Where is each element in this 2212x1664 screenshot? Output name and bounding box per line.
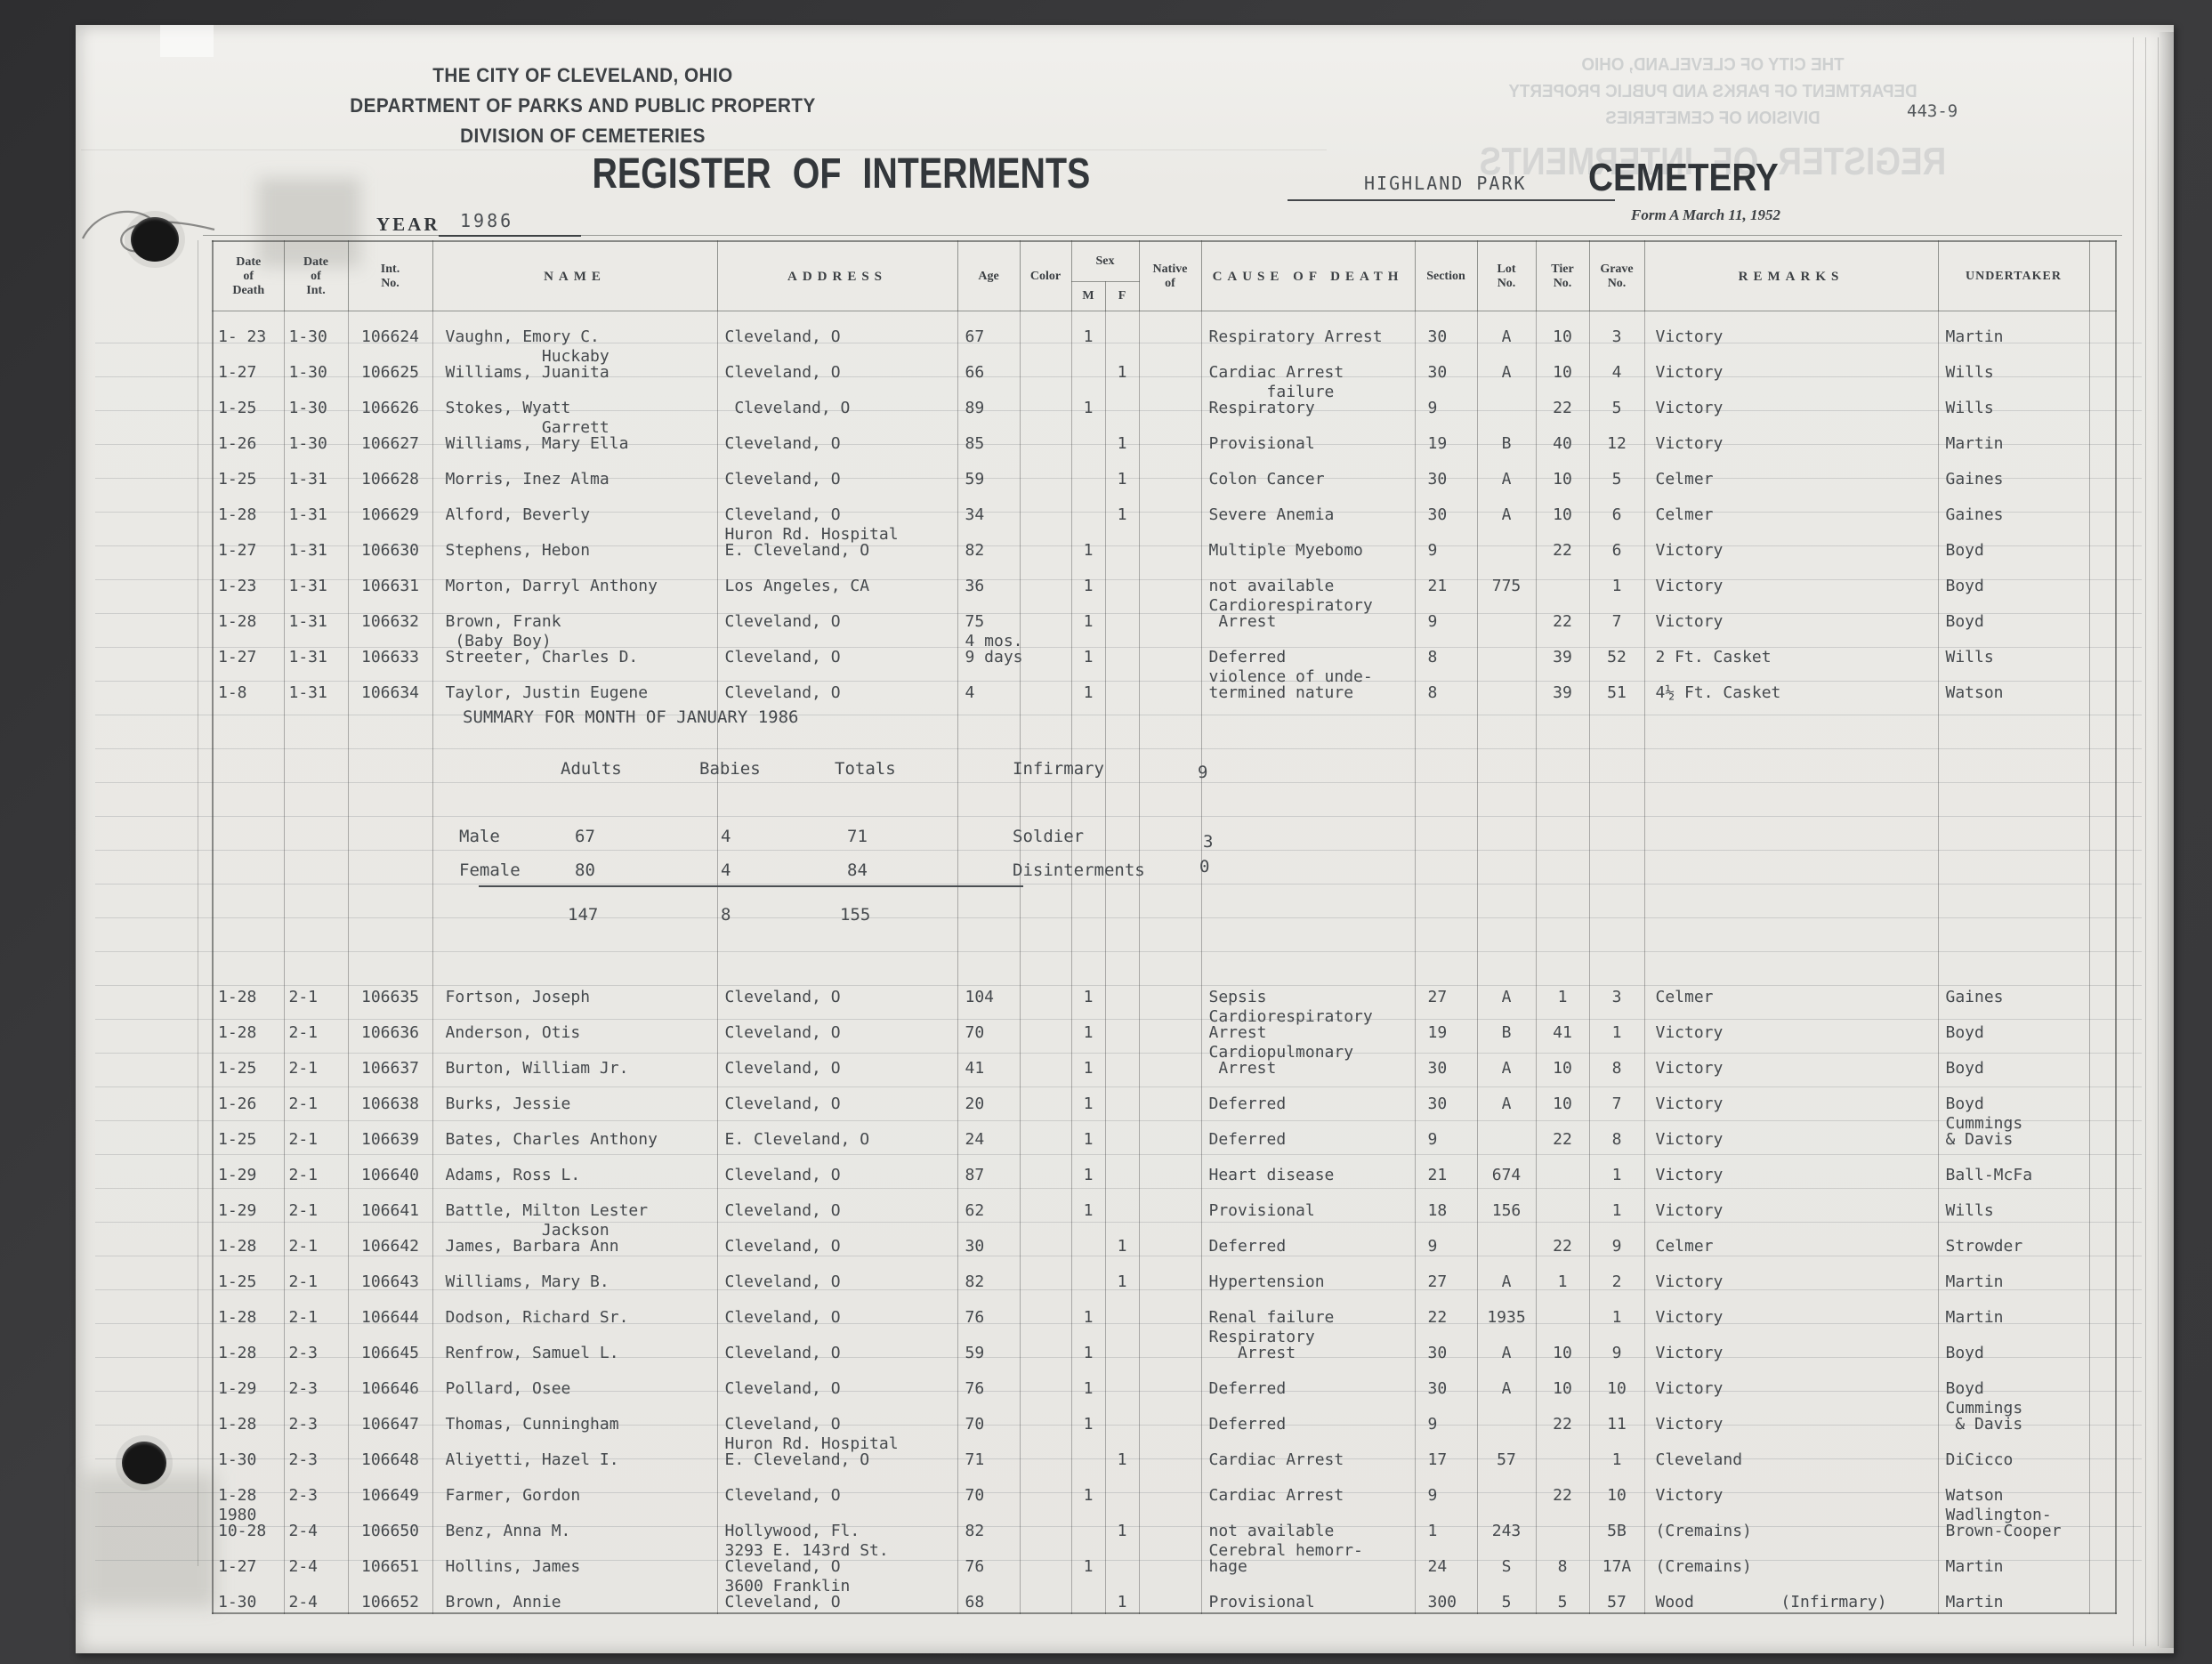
cell-dod: 1-30 [213,1577,284,1613]
cell-addr: 3293 E. 143rd St. Cleveland, O [717,1541,957,1577]
stacked-page-edge [2133,37,2134,1646]
cell-cause: Sepsis [1201,972,1415,1007]
cell-tier [1536,1434,1589,1470]
cell-edge [2089,1292,2116,1328]
cell-addr: Hollywood, Fl. [717,1506,957,1541]
cell-cause: Cardiorespiratory Arrest [1201,1007,1415,1043]
cell-edge [2089,1150,2116,1185]
cell-native [1139,383,1201,418]
stacked-page-edge [2145,37,2146,1646]
cell-f [1105,667,1139,703]
summary-spacer-cell [348,703,432,972]
cell-f [1105,383,1139,418]
cell-color [1020,1399,1071,1434]
cell-dod: 1-28 [213,972,284,1007]
table-row: 1-282-1106635Fortson, JosephCleveland, O… [213,972,2116,1007]
cell-age: 62 [957,1185,1020,1221]
year-label: YEAR [376,214,440,236]
cell-und: Cummings & Davis [1938,1399,2089,1434]
cell-edge [2089,1470,2116,1506]
summary-spacer-cell [1201,703,1415,972]
cell-und: Boyd [1938,1007,2089,1043]
cell-dod: 1-28 [213,1328,284,1363]
cell-rem: Victory [1644,1078,1938,1114]
cell-f [1105,525,1139,561]
cell-name: Brown, Frank [432,596,717,632]
cell-m: 1 [1071,1328,1105,1363]
cell-und: Cummings & Davis [1938,1114,2089,1150]
cell-age: 4 [957,667,1020,703]
table-row: 1-252-1106639Bates, Charles AnthonyE. Cl… [213,1114,2116,1150]
cell-dod: 1-27 [213,347,284,383]
cell-color [1020,1506,1071,1541]
cell-rem: Victory [1644,1328,1938,1363]
col-header-color: Color [1020,241,1071,311]
cell-color [1020,1078,1071,1114]
cell-f: 1 [1105,1577,1139,1613]
cell-f [1105,596,1139,632]
cell-f [1105,1150,1139,1185]
cell-addr: Cleveland, O [717,632,957,667]
cell-age: 30 [957,1221,1020,1256]
cell-lot: B [1477,418,1536,454]
cell-name: Jackson James, Barbara Ann [432,1221,717,1256]
cemetery-name-underline [1288,199,1615,201]
cell-color [1020,1541,1071,1577]
col-header-sex: Sex [1071,241,1139,282]
cell-sec: 9 [1415,525,1477,561]
cell-edge [2089,632,2116,667]
table-row: 1-282-3106645Renfrow, Samuel L.Cleveland… [213,1328,2116,1363]
cell-addr: Cleveland, O [717,1007,957,1043]
cell-grave: 3 [1589,972,1644,1007]
cell-no: 106646 [348,1363,432,1399]
cell-native [1139,1007,1201,1043]
cell-tier: 10 [1536,1328,1589,1363]
cell-f [1105,1043,1139,1078]
year-value: 1986 [460,210,513,231]
cell-tier: 10 [1536,1363,1589,1399]
cell-grave: 12 [1589,418,1644,454]
cell-dod: 1-28 [213,489,284,525]
cell-und: Wills [1938,383,2089,418]
ghost-org-line: THE CITY OF CLEVELAND, OHIO [1403,52,2022,78]
table-row: 1-282-3106647Thomas, CunninghamCleveland… [213,1399,2116,1434]
cell-no: 106652 [348,1577,432,1613]
cell-tier: 10 [1536,311,1589,348]
table-row: 1-292-1106640Adams, Ross L.Cleveland, O8… [213,1150,2116,1185]
cell-color [1020,596,1071,632]
cell-dod: 1-29 [213,1150,284,1185]
cell-sec: 8 [1415,667,1477,703]
cell-no: 106651 [348,1541,432,1577]
cell-m: 1 [1071,1541,1105,1577]
cell-edge [2089,418,2116,454]
cell-color [1020,1221,1071,1256]
cell-color [1020,1007,1071,1043]
cell-tier: 10 [1536,1043,1589,1078]
cell-age: 59 [957,454,1020,489]
cell-m [1071,1221,1105,1256]
cell-und: Boyd [1938,1078,2089,1114]
cell-addr: 3600 Franklin Cleveland, O [717,1577,957,1613]
cell-color [1020,1577,1071,1613]
summary-spacer-cell [957,703,1020,972]
cell-doi: 2-1 [284,1043,348,1078]
cell-cause: Cardiorespiratory Arrest [1201,596,1415,632]
cell-native [1139,1541,1201,1577]
cell-grave: 7 [1589,596,1644,632]
cell-rem: Victory [1644,418,1938,454]
col-header-undertaker: UNDERTAKER [1938,241,2089,311]
cell-rem: Victory [1644,1150,1938,1185]
cell-color [1020,972,1071,1007]
cell-cause: Deferred [1201,1114,1415,1150]
cell-tier [1536,1185,1589,1221]
cell-name: Burton, William Jr. [432,1043,717,1078]
cell-lot [1477,1114,1536,1150]
cell-name: (Baby Boy) Streeter, Charles D. [432,632,717,667]
cell-doi: 2-3 [284,1399,348,1434]
cell-sec: 30 [1415,489,1477,525]
cell-und: Boyd [1938,1363,2089,1399]
cell-doi: 2-4 [284,1541,348,1577]
cell-grave: 9 [1589,1328,1644,1363]
table-row: 1-302-4106652Brown, Annie3600 Franklin C… [213,1577,2116,1613]
cell-name: Taylor, Justin Eugene [432,667,717,703]
cell-lot: A [1477,972,1536,1007]
cell-doi: 1-31 [284,632,348,667]
cell-edge [2089,1221,2116,1256]
cell-grave: 5B [1589,1506,1644,1541]
cell-dod: 1-28 [213,1470,284,1506]
col-header-sex-male: M [1071,282,1105,311]
cell-addr: E. Cleveland, O [717,1114,957,1150]
cell-dod: 1-30 [213,1434,284,1470]
cell-age: 76 [957,1363,1020,1399]
cell-rem: Victory [1644,1399,1938,1434]
cell-rem: Victory [1644,1363,1938,1399]
cell-name: Adams, Ross L. [432,1150,717,1185]
table-row: 1-231-31106631Morton, Darryl AnthonyLos … [213,561,2116,596]
cell-no: 106648 [348,1434,432,1470]
cell-no: 106643 [348,1256,432,1292]
cell-lot: 5 [1477,1577,1536,1613]
cell-doi: 1-30 [284,383,348,418]
table-row: 1-292-1106641Battle, Milton LesterClevel… [213,1185,2116,1221]
cell-lot [1477,1399,1536,1434]
cell-native [1139,1506,1201,1541]
document-title: REGISTER OF INTERMENTS [485,153,1197,196]
cell-rem: Victory [1644,1256,1938,1292]
cell-native [1139,596,1201,632]
cell-native [1139,1363,1201,1399]
cell-lot: 243 [1477,1506,1536,1541]
cell-lot [1477,1470,1536,1506]
scan-smudge [83,1474,216,1607]
cell-m: 1 [1071,311,1105,348]
org-line-department: DEPARTMENT OF PARKS AND PUBLIC PROPERTY [231,91,934,121]
cell-name: Garrett Williams, Mary Ella [432,418,717,454]
table-row: 1-292-3106646Pollard, OseeCleveland, O76… [213,1363,2116,1399]
cell-no: 106649 [348,1470,432,1506]
cell-cause: Hypertension [1201,1256,1415,1292]
cell-addr: Cleveland, O [717,454,957,489]
cell-color [1020,418,1071,454]
cell-tier [1536,1292,1589,1328]
cell-age: 34 [957,489,1020,525]
summary-spacer-cell [1415,703,1477,972]
cell-native [1139,1399,1201,1434]
cell-rem: Celmer [1644,1221,1938,1256]
cell-edge [2089,1541,2116,1577]
cell-native [1139,1470,1201,1506]
cell-doi: 2-1 [284,1114,348,1150]
table-body: 1- 231-30106624Vaughn, Emory C.Cleveland… [213,311,2116,1614]
cell-tier: 22 [1536,1399,1589,1434]
cell-name: Dodson, Richard Sr. [432,1292,717,1328]
cell-m: 1 [1071,383,1105,418]
cell-addr: Cleveland, O [717,1292,957,1328]
cell-cause: Colon Cancer [1201,454,1415,489]
cell-und: Gaines [1938,489,2089,525]
cell-und: Wadlington- Brown-Cooper [1938,1506,2089,1541]
cell-age: 68 [957,1577,1020,1613]
cell-age: 67 [957,311,1020,348]
cell-color [1020,1328,1071,1363]
cell-tier [1536,1506,1589,1541]
table-row: 1-251-30106626Stokes, Wyatt Cleveland, O… [213,383,2116,418]
cell-tier: 22 [1536,1470,1589,1506]
cell-cause: Cardiopulmonary Arrest [1201,1043,1415,1078]
cell-color [1020,454,1071,489]
cell-color [1020,311,1071,348]
cell-addr: Cleveland, O [717,311,957,348]
cell-doi: 1-31 [284,596,348,632]
table-row: 1-282-1106642 Jackson James, Barbara Ann… [213,1221,2116,1256]
col-header-grave-no: Grave No. [1589,241,1644,311]
cell-grave: 6 [1589,489,1644,525]
cell-rem: Cleveland [1644,1434,1938,1470]
cell-addr: Cleveland, O [717,667,957,703]
cell-tier: 40 [1536,418,1589,454]
cell-addr: Los Angeles, CA [717,561,957,596]
table-row: 1-282-1106636Anderson, OtisCleveland, O7… [213,1007,2116,1043]
cell-dod: 1-27 [213,632,284,667]
cell-tier: 22 [1536,596,1589,632]
cell-sec: 19 [1415,1007,1477,1043]
cell-dod: 1-25 [213,383,284,418]
table-row: 1-302-3106648Aliyetti, Hazel I.Huron Rd.… [213,1434,2116,1470]
cell-native [1139,1434,1201,1470]
cell-native [1139,525,1201,561]
cell-sec: 22 [1415,1292,1477,1328]
cell-tier: 22 [1536,383,1589,418]
cell-dod: 1-27 [213,1541,284,1577]
cell-edge [2089,1256,2116,1292]
document-title-text: REGISTER OF INTERMENTS [592,153,1090,196]
cell-edge [2089,596,2116,632]
cell-name: Williams, Mary B. [432,1256,717,1292]
cell-und: Martin [1938,1541,2089,1577]
cell-sec: 30 [1415,311,1477,348]
cell-native [1139,632,1201,667]
cell-m: 1 [1071,632,1105,667]
cell-und: Boyd [1938,525,2089,561]
cell-edge [2089,972,2116,1007]
cell-name: Brown, Annie [432,1577,717,1613]
cell-edge [2089,1114,2116,1150]
cell-und: Gaines [1938,454,2089,489]
cell-name: Morton, Darryl Anthony [432,561,717,596]
cell-doi: 2-4 [284,1577,348,1613]
cell-rem: Victory [1644,347,1938,383]
cell-edge [2089,489,2116,525]
summary-spacer-cell [432,703,717,972]
cell-age: 70 [957,1007,1020,1043]
cell-edge [2089,561,2116,596]
register-table: Date of Death Date of Int. Int. No. NAME… [212,240,2117,1614]
summary-spacer-cell [1938,703,2089,972]
table-row: 1-282-1106644Dodson, Richard Sr.Clevelan… [213,1292,2116,1328]
cell-addr: Cleveland, O [717,1328,957,1363]
cell-rem: Celmer [1644,454,1938,489]
summary-spacer-cell [1536,703,1589,972]
summary-spacer-cell [213,703,284,972]
cell-rem: Victory [1644,1007,1938,1043]
cell-no: 106637 [348,1043,432,1078]
cell-sec: 9 [1415,596,1477,632]
cell-age: 89 [957,383,1020,418]
cell-edge [2089,1328,2116,1363]
cell-cause: Deferred [1201,632,1415,667]
table-row: 1-81-31106634Taylor, Justin EugeneClevel… [213,667,2116,703]
cell-color [1020,347,1071,383]
cell-doi: 2-1 [284,1185,348,1221]
cell-cause: Provisional [1201,1577,1415,1613]
cell-color [1020,383,1071,418]
cell-grave: 5 [1589,383,1644,418]
cell-age: 71 [957,1434,1020,1470]
cell-no: 106638 [348,1078,432,1114]
cell-lot: B [1477,1007,1536,1043]
cell-doi: 2-1 [284,972,348,1007]
cell-cause: Respiratory Arrest [1201,1328,1415,1363]
cell-addr: Cleveland, O [717,1078,957,1114]
cell-name: Morris, Inez Alma [432,454,717,489]
cell-m [1071,347,1105,383]
cell-m [1071,1506,1105,1541]
cell-m: 1 [1071,1470,1105,1506]
cell-rem: 4½ Ft. Casket [1644,667,1938,703]
cell-name: Stokes, Wyatt [432,383,717,418]
summary-spacer-cell [1020,703,1071,972]
cemetery-word-text: CEMETERY [1588,158,1779,198]
cell-age: 20 [957,1078,1020,1114]
cell-dod: 1-28 [213,1007,284,1043]
cell-lot: A [1477,347,1536,383]
cell-doi: 2-1 [284,1078,348,1114]
cell-age: 76 [957,1541,1020,1577]
cell-cause: failure Respiratory [1201,383,1415,418]
cell-lot: A [1477,1078,1536,1114]
cell-sec: 30 [1415,1328,1477,1363]
cell-addr: Cleveland, O [717,1399,957,1434]
cell-grave: 8 [1589,1114,1644,1150]
col-header-cause-of-death: CAUSE OF DEATH [1201,241,1415,311]
cell-cause: Deferred [1201,1363,1415,1399]
cell-color [1020,1150,1071,1185]
cell-dod: 1-28 [213,596,284,632]
cell-native [1139,1221,1201,1256]
cell-no: 106647 [348,1399,432,1434]
cell-tier: 1 [1536,972,1589,1007]
cell-m [1071,418,1105,454]
cell-name: Aliyetti, Hazel I. [432,1434,717,1470]
summary-spacer-cell [1105,703,1139,972]
cell-edge [2089,1363,2116,1399]
cell-no: 106625 [348,347,432,383]
col-header-lot-no: Lot No. [1477,241,1536,311]
cell-tier: 1 [1536,1256,1589,1292]
cell-name: Fortson, Joseph [432,972,717,1007]
cell-dod: 1-25 [213,454,284,489]
cell-doi: 2-3 [284,1328,348,1363]
cell-sec: 21 [1415,1150,1477,1185]
cell-no: 106633 [348,632,432,667]
cell-name: Bates, Charles Anthony [432,1114,717,1150]
cell-tier: 22 [1536,1221,1589,1256]
cell-rem: Victory [1644,561,1938,596]
cell-dod: 1-28 [213,1292,284,1328]
org-line-city: THE CITY OF CLEVELAND, OHIO [231,61,934,91]
cell-sec: 9 [1415,383,1477,418]
summary-spacer-row [213,703,2116,972]
cell-addr: Huron Rd. Hospital E. Cleveland, O [717,525,957,561]
cell-color [1020,1292,1071,1328]
cell-und: Strowder [1938,1221,2089,1256]
cell-grave: 52 [1589,632,1644,667]
cell-rem: (Cremains) [1644,1506,1938,1541]
cell-m: 1 [1071,1399,1105,1434]
cell-f [1105,1185,1139,1221]
summary-spacer-cell [284,703,348,972]
cell-edge [2089,1577,2116,1613]
cell-tier: 41 [1536,1007,1589,1043]
cell-dod: 1-27 [213,525,284,561]
cell-grave: 2 [1589,1256,1644,1292]
table-header: Date of Death Date of Int. Int. No. NAME… [213,241,2116,311]
cell-und: Martin [1938,418,2089,454]
cell-edge [2089,1506,2116,1541]
cell-sec: 17 [1415,1434,1477,1470]
cell-name: Stephens, Hebon [432,525,717,561]
cell-edge [2089,1043,2116,1078]
cell-color [1020,1185,1071,1221]
cell-doi: 2-1 [284,1221,348,1256]
cell-und: Martin [1938,1577,2089,1613]
cell-und: Wills [1938,632,2089,667]
cell-m: 1 [1071,1114,1105,1150]
cell-age: 66 [957,347,1020,383]
punch-hole-bottom [122,1442,166,1484]
cell-native [1139,489,1201,525]
cell-name: Pollard, Osee [432,1363,717,1399]
cell-und: Ball-McFa [1938,1150,2089,1185]
cell-sec: 27 [1415,1256,1477,1292]
cell-edge [2089,454,2116,489]
cell-lot: 674 [1477,1150,1536,1185]
